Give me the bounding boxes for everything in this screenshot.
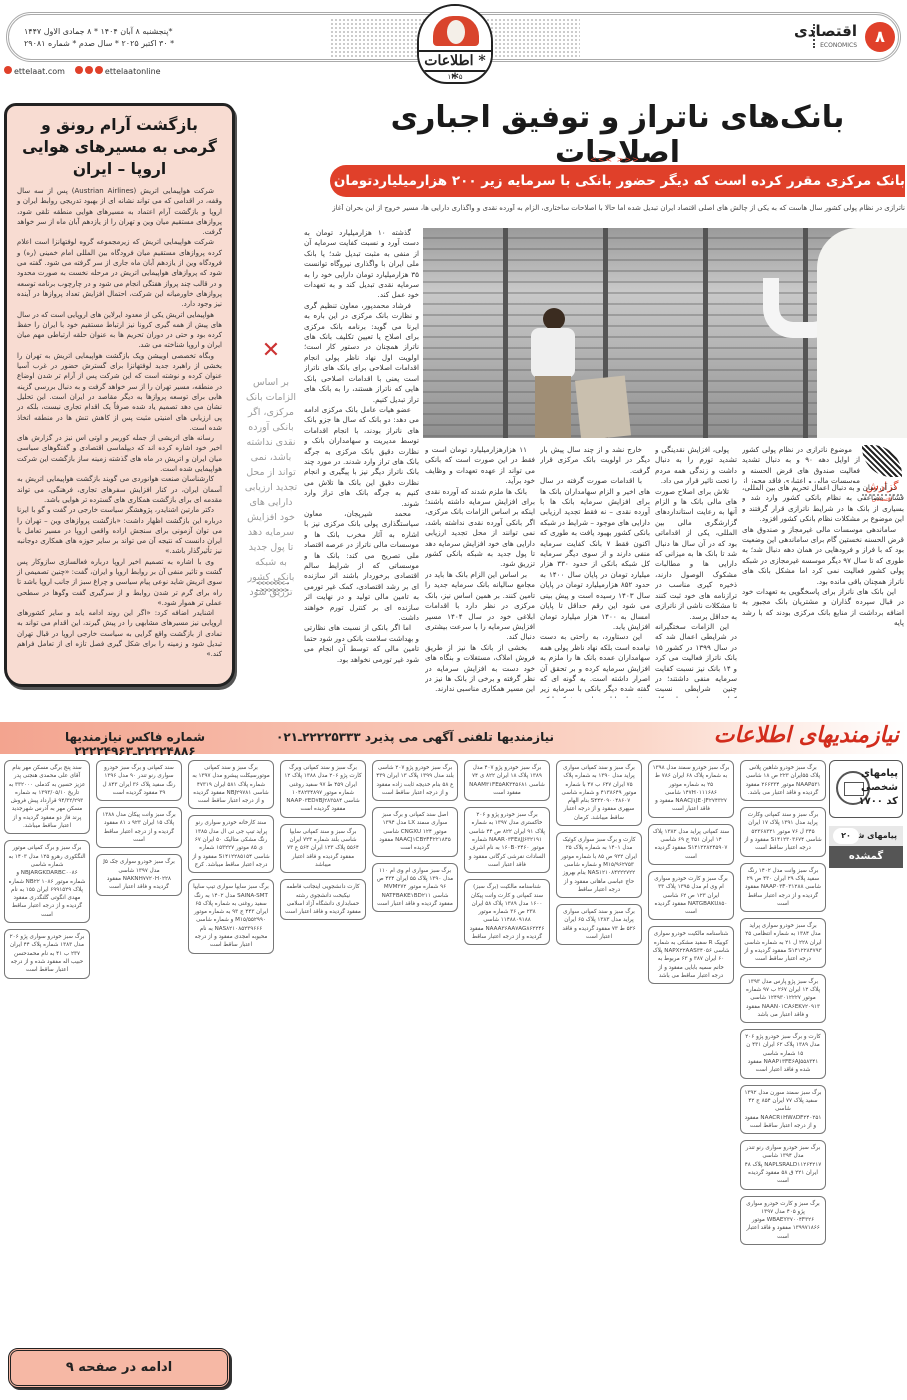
ads-column-4: برگ سبز خودرو پژو ۴۰۷ مدل ۱۳۸۹ پلاک ۱۸ ا… [464,760,550,1400]
personal-messages-rail: پیامهای شخصی کد ۱۷۰۰ پیامهای شخصی ۲۰ گمش… [829,760,903,868]
classified-ad[interactable]: کارت و برگ سبز سواری کوئیک مدل ۱۴۰۱ به ش… [556,832,642,898]
article-lead: ناترازی در نظام پولی کشور سال هاست که به… [330,204,905,212]
ads-column-7: برگ سبز و سند کمپانی موتورسیکلت پیشرو مد… [188,760,274,1400]
logo-emblem-icon [419,6,491,50]
pull-quote-ornament: →>>>>>>><<<<<<<← [246,580,298,594]
section-subtitle: ECONOMICS [820,42,857,49]
logo-year: ۱۳۰۵ [419,72,491,82]
sidebar-article-body: شرکت هواپیمایی اتریش (Austrian Airlines)… [17,186,222,660]
ads-column-9: سند پنج برگی مسکن مهر بنام آقای علی محمد… [4,760,90,1400]
classified-ad[interactable]: برگ سبز سایپا سواری تیپ سایپا SAINA-SMT … [188,879,274,953]
personal-messages-box[interactable]: پیامهای شخصی کد ۱۷۰۰ [829,760,903,818]
worker-figure [523,308,583,438]
classified-ad[interactable]: برگ سبز خودرو پژو ۴۰۷ مدل ۱۳۸۹ پلاک ۱۸ ا… [464,760,550,801]
classified-ad[interactable]: برگ سبز خودرو سواری رنو تندر مدل ۱۳۹۴ شا… [740,1140,826,1189]
sidebar-article-title[interactable]: بازگشت آرام رونق و گرمی به مسیرهای هوایی… [17,114,222,180]
classified-ad[interactable]: برگ سبز سواری ام وی ام ۱۱۰ مدل ۱۳۹۰ پلاک… [372,863,458,912]
classified-ad[interactable]: برگ سبز و سند کمپانی سواری پراید مدل ۱۳۹… [556,760,642,826]
classified-ad[interactable]: برگ سبز پژو پارس مدل ۱۳۹۳ پلاک ۱۲ ایران … [740,974,826,1023]
classified-ad[interactable]: برگ سبز و سند کمپانی سایپا شاسی بلند شما… [280,824,366,873]
article-col4: ۱۱ هزارهزارمیلیارد تومان است و فقط در ای… [425,445,535,698]
ads-column-5: برگ سبز خودرو پژو ۲۰۷ شاسی بلند مدل ۱۳۹۹… [372,760,458,1400]
category-bar: پیامهای شخصی ۲۰ [829,826,903,846]
classifieds-brand: نیازمندیهای اطلاعات [714,722,899,748]
article-col5: گذشته ۱۰ هزارمیلیارد تومان به دست آورد و… [304,228,419,698]
classified-ad[interactable]: کارت و برگ سبز خودرو پژو ۲۰۶ مدل ۱۳۸۹ پل… [740,1029,826,1078]
classified-ad[interactable]: برگ سبز سمند سورن مدل ۱۳۹۲ سفید پلاک ۷۷ … [740,1085,826,1134]
classified-ad[interactable]: برگ سبز وانت مدل ۱۴۰۲ رنگ سفید پلاک ۲۹ ا… [740,863,826,912]
article-col1-top: موضوع ناترازی در نظام پولی کشور از اوایل… [742,445,860,483]
section-divider [813,24,815,48]
article-col1: در آن زمان و به دنبال اعمال تحریم های بی… [742,483,904,698]
ads-column-1: برگ سبز خودرو شاهین پلاس پلاک ۵۵ایران ۲۲… [740,760,826,1400]
classified-ad[interactable]: سند پنج برگی مسکن مهر بنام آقای علی محمد… [4,760,90,834]
instagram-icon [95,66,103,74]
ads-column-3: برگ سبز و سند کمپانی سواری پراید مدل ۱۳۹… [556,760,642,1400]
classified-ad[interactable]: سند کمپانی پراید مدل ۱۳۸۲ پلاک ۱۴ ایران … [648,824,734,865]
classified-ad[interactable]: برگ سبز و سند کمپانی وکارت پراید مدل ۱۳۹… [740,807,826,856]
classifieds-grid: برگ سبز خودرو شاهین پلاس پلاک ۵۵ایران ۲۲… [4,760,826,1400]
classified-ad[interactable]: برگ سبز و سند کمپانی سواری پراید مدل ۱۳۸… [556,904,642,945]
classified-ad[interactable]: شناسنامه مالکیت خودرو سواری کوییک R سفید… [648,926,734,984]
globe-icon [4,66,12,74]
twitter-icon [85,66,93,74]
newspaper-logo[interactable]: * اطلاعات * ۱۳۰۵ [417,4,493,84]
classified-ad[interactable]: شناسنامه مالکیت (برگ سبز) سند کمپانی و ک… [464,879,550,945]
social-handle-link[interactable]: ettelaatonline [75,66,161,76]
classified-ad[interactable]: برگ سبز خودرو سواری پژو ۲۰۶ مدل ۱۳۸۳ شما… [4,929,90,978]
category-code-badge: ۲۰ [833,828,859,844]
classified-ad[interactable]: برگ سبز و سند کمپانی موتورسیکلت پیشرو مد… [188,760,274,809]
lost-category-label: گمشده [829,846,903,868]
ads-column-6: برگ سبز و سند کمپانی وبرگ کارت پژو ۲۰۶ م… [280,760,366,1400]
date-line-1: *پنجشنبه ۸ آبان ۱۴۰۴ * ۸ جمادی الاول ۱۴۴… [24,26,174,38]
article-subheadline: بانک مرکزی مقرر کرده است که دیگر حضور با… [330,165,905,197]
classified-ad[interactable]: سند کمپانی و برگ سبز خودرو سواری رنو تند… [96,760,182,801]
classifieds-fax: شماره فاکس نیازمندیها ۲۲۲۲۴۸۸۶ـ۲۲۲۲۴۹۶۳ [10,730,260,758]
bank-flag [817,228,907,438]
ads-column-2: برگ سبز خودرو سمند مدل ۱۳۹۸ به شماره پلا… [648,760,734,1400]
classified-ad[interactable]: کارت دانشجویی اینجانب فاطمه نیکبخت دانشج… [280,879,366,920]
date-line-2: * ۳۰ اکتبر ۲۰۲۵ * سال صدم * شماره ۲۹۰۸۱ [24,38,174,50]
continued-on-page-button[interactable]: ادامه در صفحه ۹ [8,1348,230,1388]
classified-ad[interactable]: برگ سبز و کارت خودرو سواری ام وی ام مدل … [648,871,734,920]
telegram-icon [75,66,83,74]
issue-date: *پنجشنبه ۸ آبان ۱۴۰۴ * ۸ جمادی الاول ۱۴۴… [24,26,174,50]
classified-ad[interactable]: برگ سبز خودرو سواری پراید مدل ۱۳۸۴ به شم… [740,918,826,967]
article-col3: خارج نشد و از چند سال پیش بار دیگر در او… [540,445,650,698]
classified-ad[interactable]: برگ سبز و کارت خودرو سواری پژو ۴۰۵ مدل ۱… [740,1196,826,1245]
classified-ad[interactable]: برگ سبز و سند کمپانی وبرگ کارت پژو ۲۰۶ م… [280,760,366,818]
classified-ad[interactable]: برگ سبز خودرو پژو ۲۰۷ شاسی بلند مدل ۱۳۹۹… [372,760,458,801]
crossed-pens-icon: ✕ [258,338,284,368]
article-photo[interactable] [423,228,907,438]
classified-ad[interactable]: برگ سبز خودرو پژو و ۲۰۶ خاکستری مدل ۱۳۹۷… [464,807,550,873]
classified-ad[interactable]: برگ سبز وانت پیکان مدل ۱۳۸۸ پلاک ۱۵ ایرا… [96,807,182,848]
section-title: اقتصادی [794,22,857,40]
social-links: ettelaat.com ettelaatonline [4,66,161,76]
classified-ad[interactable]: برگ سبز و برگ کمپانی موتور النگکوری رهرو… [4,840,90,923]
pull-quote: بر اساس الزامات بانک مرکزی، اگر بانکی آو… [244,375,298,600]
classifieds-phone: نیازمندیها تلفنی آگهی می پذیرد ۲۲۲۲۵۳۳۳ـ… [200,730,630,744]
ads-column-8: سند کمپانی و برگ سبز خودرو سواری رنو تند… [96,760,182,1400]
website-link[interactable]: ettelaat.com [4,66,65,76]
decorative-arrows: <<< >>> [590,155,640,164]
classified-ad[interactable]: سند کارخانه خودرو سواری رنو پراید تیپ جی… [188,815,274,873]
logo-name: * اطلاعات * [419,50,491,72]
sidebar-article-box: بازگشت آرام رونق و گرمی به مسیرهای هوایی… [4,103,235,687]
classified-ad[interactable]: برگ سبز خودرو شاهین پلاس پلاک ۵۵ایران ۲۲… [740,760,826,801]
report-feather-icon [862,445,902,477]
classified-ad[interactable]: برگ سبز خودرو سواری جک J۵ مدل ۱۳۹۷ شاسی … [96,854,182,895]
article-col2: پولی، افزایش نقدینگی و تشدید تورم را به … [655,445,737,698]
classified-ad[interactable]: برگ سبز خودرو سمند مدل ۱۳۹۸ به شماره پلا… [648,760,734,818]
classified-ad[interactable]: اصل سند کمپانی و برگ سبز سواری سمند LX م… [372,807,458,856]
page-number-badge: ۸ [865,22,895,52]
sign-board [575,376,631,438]
